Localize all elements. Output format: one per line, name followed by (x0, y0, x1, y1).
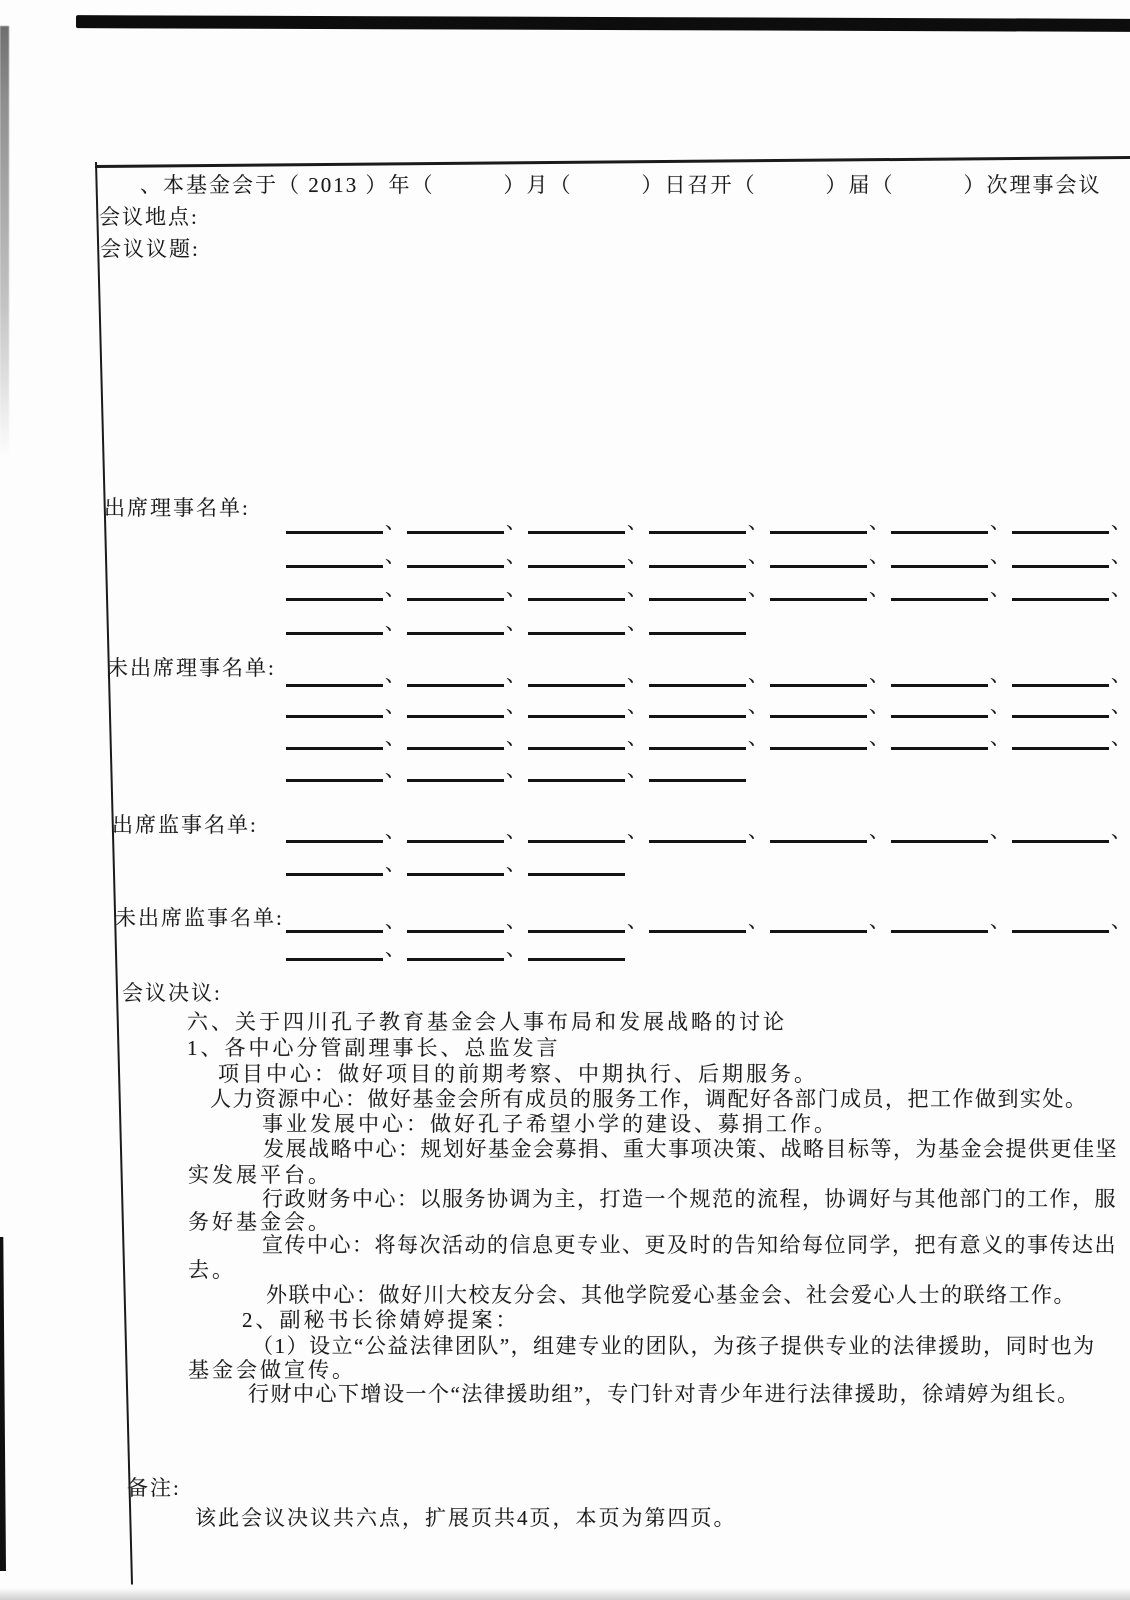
resolution-line: 1、各中心分管副理事长、总监发言 (187, 1036, 561, 1060)
blank-name-line (1012, 664, 1109, 687)
list-separator: 、 (504, 932, 528, 961)
resolution-line: 基金会做宣传。 (188, 1358, 356, 1382)
list-separator: 、 (504, 847, 528, 876)
blank-name-line (407, 511, 504, 534)
blank-name-line (407, 759, 504, 782)
list-separator: 、 (383, 847, 407, 876)
blank-name-line (649, 695, 746, 718)
blank-name-line (1012, 511, 1109, 534)
blank-name-line (770, 910, 867, 933)
blank-name-line (770, 664, 867, 687)
blank-name-line (528, 727, 625, 750)
absent-directors-blank-row: 、、、 (286, 759, 746, 783)
list-separator: 、 (504, 689, 528, 718)
list-separator: 、 (625, 689, 649, 718)
list-separator: 、 (383, 814, 407, 843)
list-separator: 、 (504, 539, 528, 568)
blank-name-line (770, 695, 867, 718)
blank-name-line (286, 612, 383, 635)
list-separator: 、 (867, 505, 891, 534)
list-separator: 、 (746, 658, 770, 687)
scan-edge-artifact-bottom (0, 1588, 1130, 1600)
list-separator: 、 (1109, 572, 1130, 601)
resolution-line: 发展战略中心：规划好基金会募捐、重大事项决策、战略目标等，为基金会提供更佳坚 (263, 1137, 1118, 1161)
list-separator: 、 (383, 572, 407, 601)
blank-name-line (286, 664, 383, 687)
blank-name-line (891, 545, 988, 568)
blank-name-line (528, 938, 625, 961)
resolution-line: 人力资源中心：做好基金会所有成员的服务工作，调配好各部门成员，把工作做到实处。 (210, 1087, 1088, 1111)
resolution-line: 外联中心：做好川大校友分会、其他学院爱心基金会、社会爱心人士的联络工作。 (266, 1283, 1076, 1307)
attending-directors-label: 出席理事名单: (104, 496, 250, 520)
blank-name-line (407, 545, 504, 568)
blank-name-line (286, 759, 383, 782)
attending-supervisors-blank-row: 、、、、、、、 (286, 820, 1130, 844)
blank-name-line (286, 820, 383, 843)
attending-directors-blank-row: 、、、、、、、 (286, 511, 1130, 535)
blank-name-line (1012, 578, 1109, 601)
attending-directors-blank-row: 、、、、、、、 (286, 578, 1130, 602)
blank-name-line (286, 511, 383, 534)
list-separator: 、 (867, 689, 891, 718)
list-separator: 、 (988, 814, 1012, 843)
list-separator: 、 (988, 658, 1012, 687)
list-separator: 、 (625, 539, 649, 568)
resolution-line: 行政财务中心：以服务协调为主，打造一个规范的流程，协调好与其他部门的工作，服 (262, 1187, 1117, 1211)
resolution-line: 事业发展中心：做好孔子希望小学的建设、募捐工作。 (262, 1112, 838, 1136)
blank-name-line (649, 545, 746, 568)
attending-supervisors-blank-row: 、、 (286, 853, 625, 877)
blank-name-line (407, 853, 504, 876)
list-separator: 、 (1109, 689, 1130, 718)
list-separator: 、 (1109, 505, 1130, 534)
absent-directors-label: 未出席理事名单: (107, 656, 276, 680)
table-border-top (95, 156, 1130, 168)
absent-supervisors-label: 未出席监事名单: (115, 906, 284, 930)
blank-name-line (1012, 820, 1109, 843)
list-separator: 、 (746, 814, 770, 843)
blank-name-line (286, 545, 383, 568)
blank-name-line (1012, 695, 1109, 718)
blank-name-line (891, 727, 988, 750)
blank-name-line (286, 695, 383, 718)
blank-name-line (407, 938, 504, 961)
list-separator: 、 (1109, 721, 1130, 750)
list-separator: 、 (504, 658, 528, 687)
blank-name-line (286, 938, 383, 961)
list-separator: 、 (867, 814, 891, 843)
list-separator: 、 (625, 505, 649, 534)
blank-name-line (891, 664, 988, 687)
meeting-title-line: 、本基金会于（ 2013 ）年（ ）月（ ）日召开（ ）届（ ）次理事会议 (140, 169, 1102, 199)
blank-name-line (649, 578, 746, 601)
blank-name-line (770, 727, 867, 750)
list-separator: 、 (625, 658, 649, 687)
blank-name-line (770, 511, 867, 534)
blank-name-line (891, 820, 988, 843)
blank-name-line (770, 820, 867, 843)
resolution-line: 宣传中心：将每次活动的信息更专业、更及时的告知给每位同学，把有意义的事传达出 (262, 1233, 1117, 1257)
blank-name-line (528, 511, 625, 534)
blank-name-line (528, 695, 625, 718)
blank-name-line (891, 578, 988, 601)
absent-directors-blank-row: 、、、、、、、 (286, 664, 1130, 688)
scan-edge-artifact-top (76, 15, 1130, 32)
list-separator: 、 (625, 572, 649, 601)
list-separator: 、 (1109, 904, 1130, 933)
absent-directors-blank-row: 、、、、、、、 (286, 695, 1130, 719)
list-separator: 、 (383, 606, 407, 635)
list-separator: 、 (988, 721, 1012, 750)
list-separator: 、 (988, 505, 1012, 534)
list-separator: 、 (383, 721, 407, 750)
blank-name-line (407, 578, 504, 601)
list-separator: 、 (504, 721, 528, 750)
absent-supervisors-blank-row: 、、 (286, 938, 625, 962)
attending-supervisors-label: 出席监事名单: (112, 813, 258, 837)
list-separator: 、 (746, 904, 770, 933)
blank-name-line (649, 612, 746, 635)
blank-name-line (891, 695, 988, 718)
list-separator: 、 (625, 721, 649, 750)
list-separator: 、 (867, 658, 891, 687)
blank-name-line (286, 853, 383, 876)
blank-name-line (528, 853, 625, 876)
blank-name-line (528, 759, 625, 782)
list-separator: 、 (383, 658, 407, 687)
list-separator: 、 (746, 689, 770, 718)
list-separator: 、 (625, 606, 649, 635)
attending-directors-blank-row: 、、、、、、、 (286, 545, 1130, 569)
blank-name-line (286, 727, 383, 750)
list-separator: 、 (625, 814, 649, 843)
list-separator: 、 (383, 753, 407, 782)
blank-name-line (891, 910, 988, 933)
absent-directors-blank-row: 、、、、、、、 (286, 727, 1130, 751)
meeting-location-label: 会议地点: (99, 205, 199, 229)
resolution-line: 实发展平台。 (188, 1163, 332, 1187)
list-separator: 、 (504, 904, 528, 933)
list-separator: 、 (383, 505, 407, 534)
resolution-line: 项目中心：做好项目的前期考察、中期执行、后期服务。 (218, 1062, 818, 1086)
blank-name-line (1012, 545, 1109, 568)
blank-name-line (649, 511, 746, 534)
list-separator: 、 (867, 572, 891, 601)
blank-name-line (528, 910, 625, 933)
scan-edge-artifact-left (0, 26, 9, 456)
list-separator: 、 (504, 814, 528, 843)
resolution-line: （1）设立“公益法律团队”，组建专业的团队，为孩子提供专业的法律援助，同时也为 (252, 1334, 1096, 1358)
list-separator: 、 (867, 721, 891, 750)
blank-name-line (649, 910, 746, 933)
list-separator: 、 (383, 904, 407, 933)
blank-name-line (649, 664, 746, 687)
list-separator: 、 (746, 572, 770, 601)
blank-name-line (407, 664, 504, 687)
list-separator: 、 (1109, 814, 1130, 843)
scan-edge-artifact-bottom-left (0, 1237, 6, 1571)
list-separator: 、 (746, 539, 770, 568)
list-separator: 、 (1109, 658, 1130, 687)
list-separator: 、 (504, 505, 528, 534)
resolution-line: 去。 (188, 1258, 236, 1282)
resolution-line: 行财中心下增设一个“法律援助组”，专门针对青少年进行法律援助，徐靖婷为组长。 (248, 1382, 1080, 1406)
blank-name-line (649, 820, 746, 843)
blank-name-line (407, 612, 504, 635)
list-separator: 、 (746, 721, 770, 750)
blank-name-line (528, 545, 625, 568)
list-separator: 、 (988, 539, 1012, 568)
blank-name-line (1012, 727, 1109, 750)
meeting-resolution-label: 会议决议: (122, 981, 222, 1005)
blank-name-line (407, 820, 504, 843)
list-separator: 、 (504, 606, 528, 635)
notes-content: 该此会议决议共六点，扩展页共4页，本页为第四页。 (195, 1502, 737, 1532)
blank-name-line (407, 910, 504, 933)
blank-name-line (1012, 910, 1109, 933)
blank-name-line (286, 910, 383, 933)
list-separator: 、 (383, 539, 407, 568)
blank-name-line (407, 695, 504, 718)
list-separator: 、 (867, 904, 891, 933)
list-separator: 、 (383, 689, 407, 718)
blank-name-line (770, 578, 867, 601)
blank-name-line (286, 578, 383, 601)
list-separator: 、 (504, 753, 528, 782)
scanned-document-page: { "header": { "title_line": "、本基金会于（ 201… (0, 0, 1130, 1600)
list-separator: 、 (746, 505, 770, 534)
blank-name-line (528, 820, 625, 843)
list-separator: 、 (988, 689, 1012, 718)
attending-directors-blank-row: 、、、 (286, 612, 746, 636)
blank-name-line (891, 511, 988, 534)
list-separator: 、 (504, 572, 528, 601)
list-separator: 、 (625, 753, 649, 782)
notes-label: 备注: (127, 1476, 181, 1500)
list-separator: 、 (1109, 539, 1130, 568)
blank-name-line (649, 759, 746, 782)
list-separator: 、 (988, 572, 1012, 601)
list-separator: 、 (988, 904, 1012, 933)
blank-name-line (528, 664, 625, 687)
blank-name-line (649, 727, 746, 750)
list-separator: 、 (383, 932, 407, 961)
blank-name-line (528, 612, 625, 635)
blank-name-line (770, 545, 867, 568)
resolution-line: 务好基金会。 (188, 1210, 332, 1234)
list-separator: 、 (625, 904, 649, 933)
absent-supervisors-blank-row: 、、、、、、、 (286, 910, 1130, 934)
blank-name-line (528, 578, 625, 601)
resolution-line: 六、关于四川孔子教育基金会人事布局和发展战略的讨论 (187, 1010, 787, 1034)
resolution-line: 2、副秘书长徐婧婷提案： (242, 1308, 520, 1332)
list-separator: 、 (867, 539, 891, 568)
table-border-left (95, 162, 133, 1585)
blank-name-line (407, 727, 504, 750)
meeting-topic-label: 会议议题: (100, 237, 200, 261)
